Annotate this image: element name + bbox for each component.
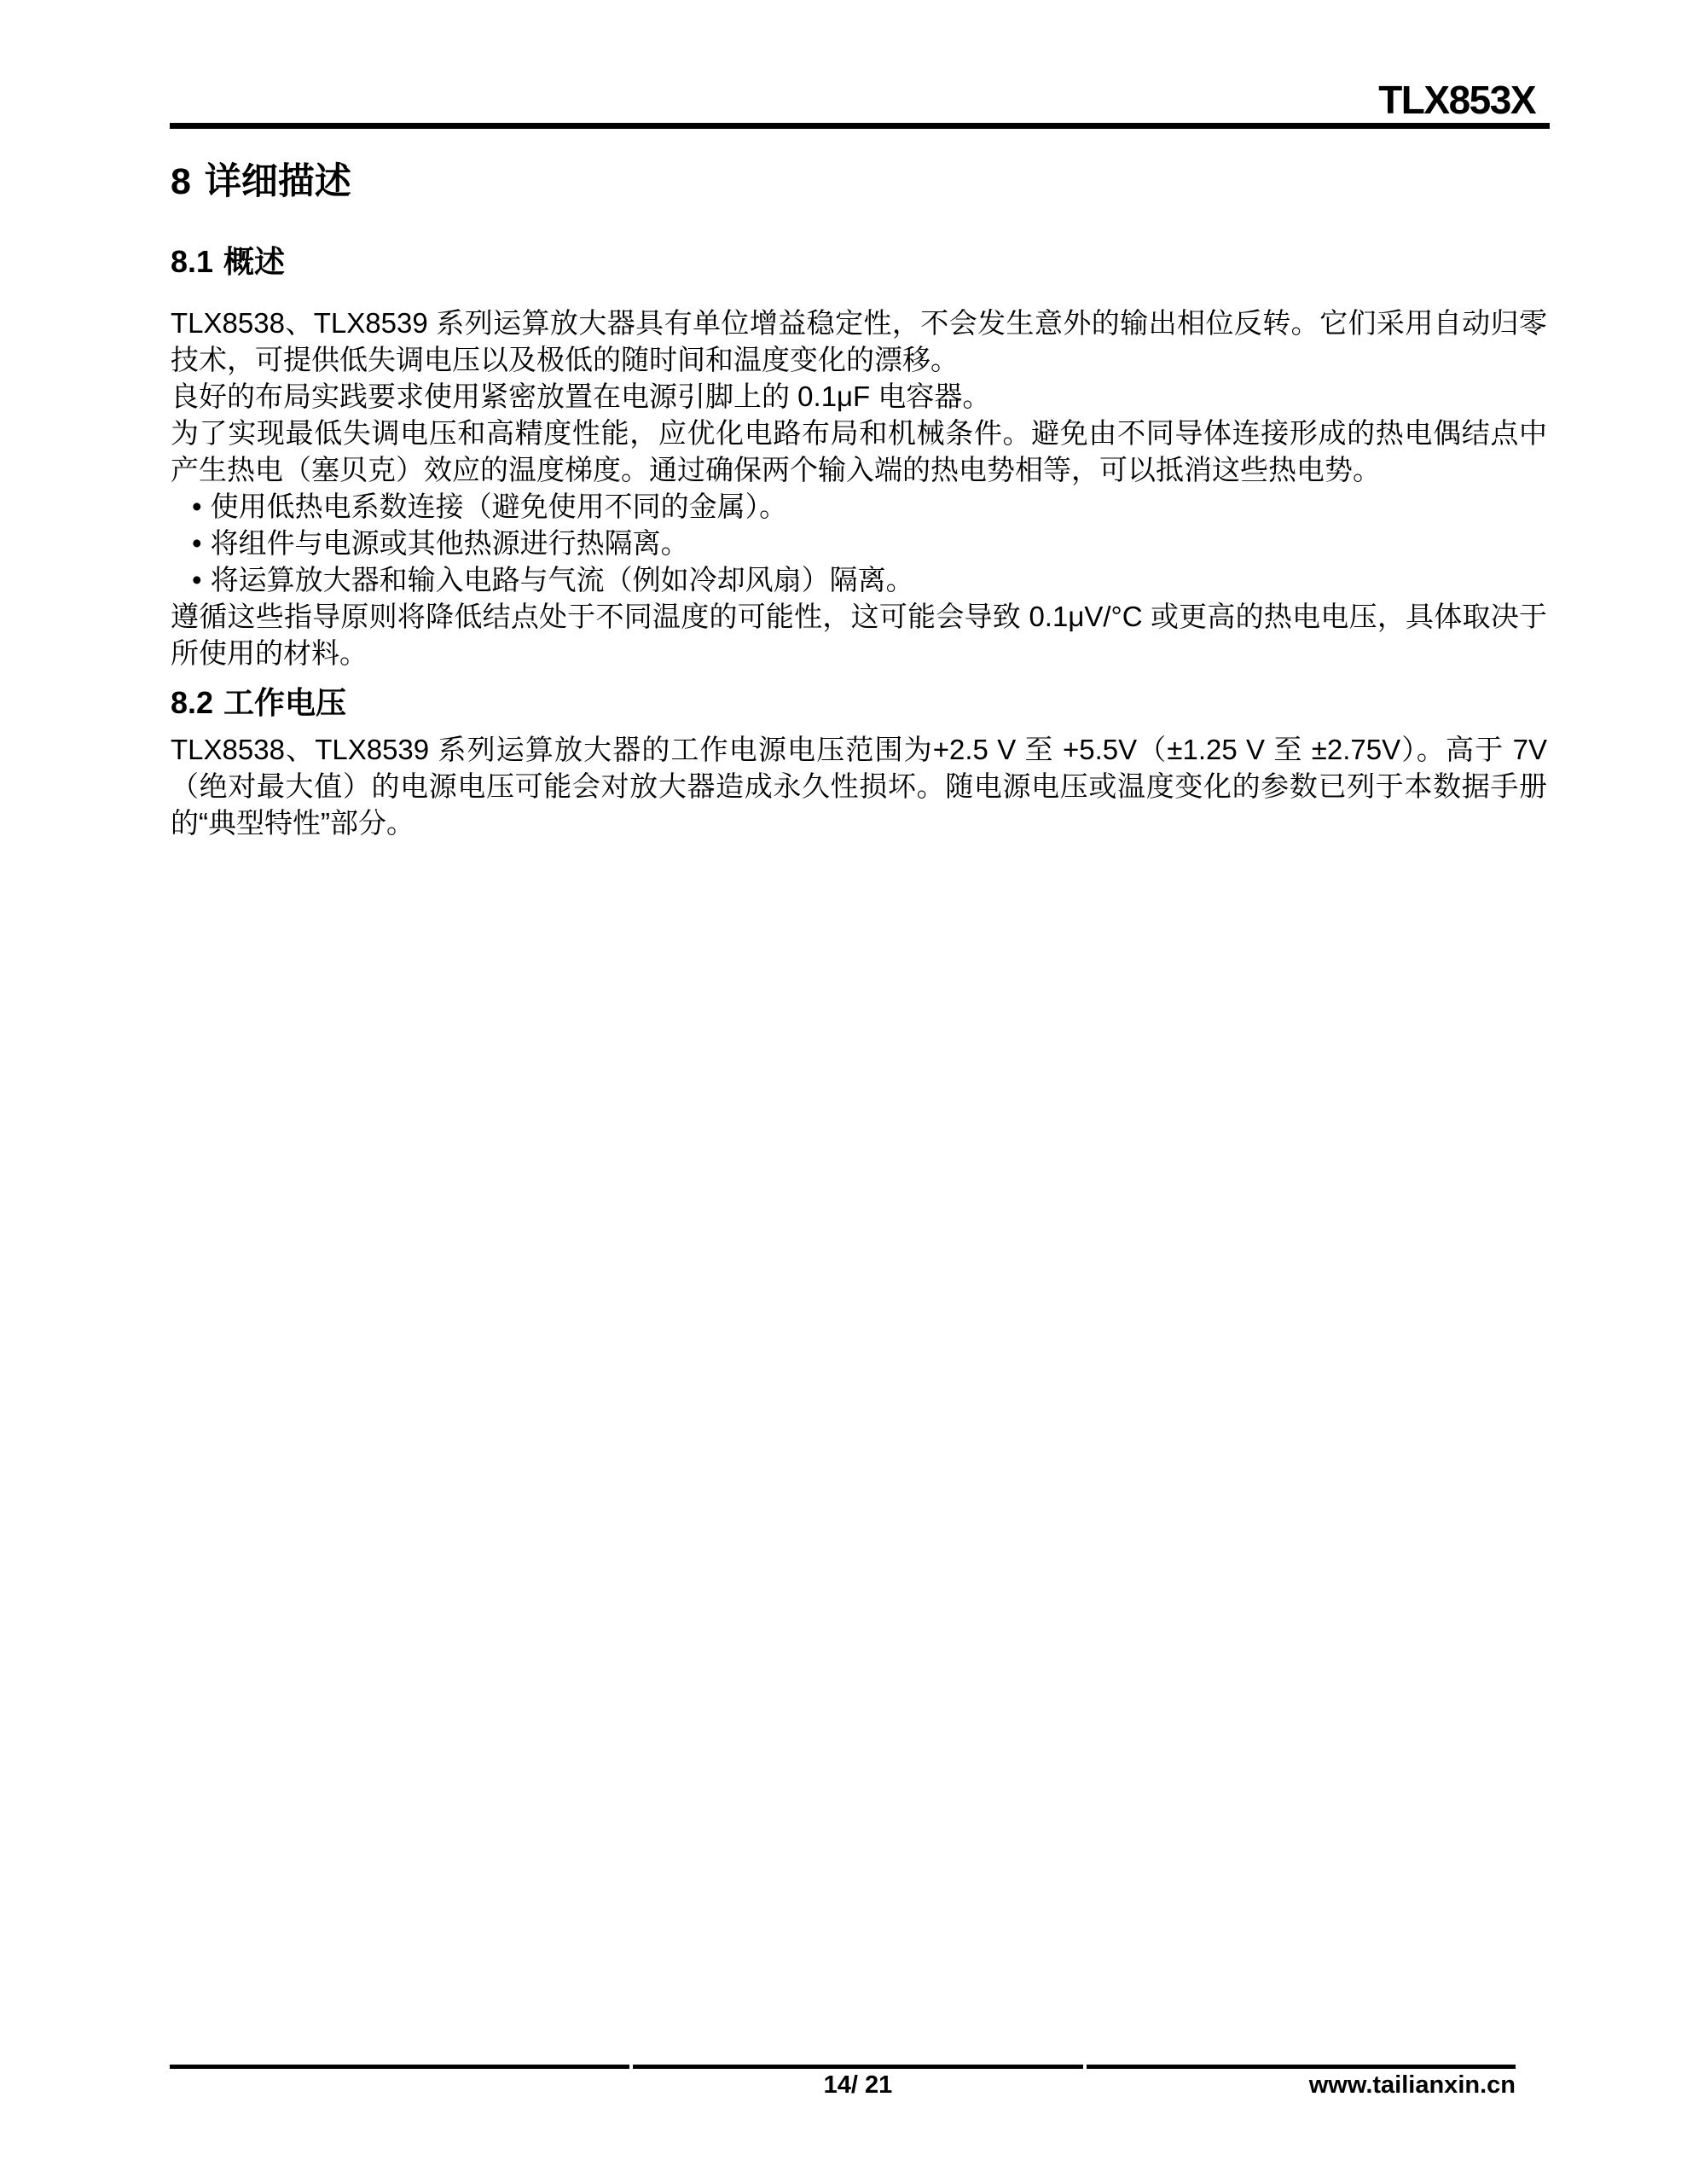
list-item-text: 将运算放大器和输入电路与气流（例如冷却风扇）隔离。	[211, 564, 914, 595]
bullet-icon: •	[192, 564, 202, 595]
header-rule	[170, 123, 1550, 129]
paragraph: 良好的布局实践要求使用紧密放置在电源引脚上的 0.1μF 电容器。	[171, 378, 1547, 415]
list-item: •使用低热电系数连接（避免使用不同的金属）。	[192, 488, 1547, 525]
footer-rule-segment	[1087, 2065, 1516, 2069]
chapter-title: 详细描述	[205, 161, 351, 202]
chapter-number: 8	[171, 161, 191, 202]
bullet-icon: •	[192, 527, 202, 559]
paragraph: TLX8538、TLX8539 系列运算放大器的工作电源电压范围为+2.5 V …	[171, 731, 1547, 841]
section-8-2-body: TLX8538、TLX8539 系列运算放大器的工作电源电压范围为+2.5 V …	[171, 731, 1547, 841]
page-title: TLX853X	[1378, 78, 1535, 121]
list-item-text: 将组件与电源或其他热源进行热隔离。	[211, 527, 689, 559]
section-8-1-number: 8.1	[171, 244, 213, 279]
guideline-list: •使用低热电系数连接（避免使用不同的金属）。 •将组件与电源或其他热源进行热隔离…	[171, 488, 1547, 598]
section-8-1-body: TLX8538、TLX8539 系列运算放大器具有单位增益稳定性，不会发生意外的…	[171, 305, 1547, 671]
page-number: 14/ 21	[633, 2070, 1083, 2100]
list-item: •将组件与电源或其他热源进行热隔离。	[192, 525, 1547, 561]
list-item: •将运算放大器和输入电路与气流（例如冷却风扇）隔离。	[192, 561, 1547, 598]
list-item-text: 使用低热电系数连接（避免使用不同的金属）。	[211, 491, 788, 522]
footer-rule-segment	[170, 2065, 629, 2069]
section-8-2-number: 8.2	[171, 685, 213, 720]
section-8-2-title: 工作电压	[223, 685, 346, 720]
paragraph: 为了实现最低失调电压和高精度性能，应优化电路布局和机械条件。避免由不同导体连接形…	[171, 415, 1547, 488]
section-8-1-heading: 8.1概述	[171, 244, 285, 280]
paragraph: TLX8538、TLX8539 系列运算放大器具有单位增益稳定性，不会发生意外的…	[171, 305, 1547, 378]
paragraph: 遵循这些指导原则将降低结点处于不同温度的可能性，这可能会导致 0.1μV/°C …	[171, 598, 1547, 671]
section-8-1-title: 概述	[223, 244, 285, 279]
bullet-icon: •	[192, 491, 202, 522]
footer-rule-segment	[633, 2065, 1083, 2069]
chapter-heading: 8详细描述	[171, 160, 351, 203]
datasheet-page: TLX853X 8详细描述 8.1概述 TLX8538、TLX8539 系列运算…	[0, 0, 1687, 2184]
section-8-2-heading: 8.2工作电压	[171, 685, 346, 721]
website-link: www.tailianxin.cn	[1309, 2070, 1516, 2100]
